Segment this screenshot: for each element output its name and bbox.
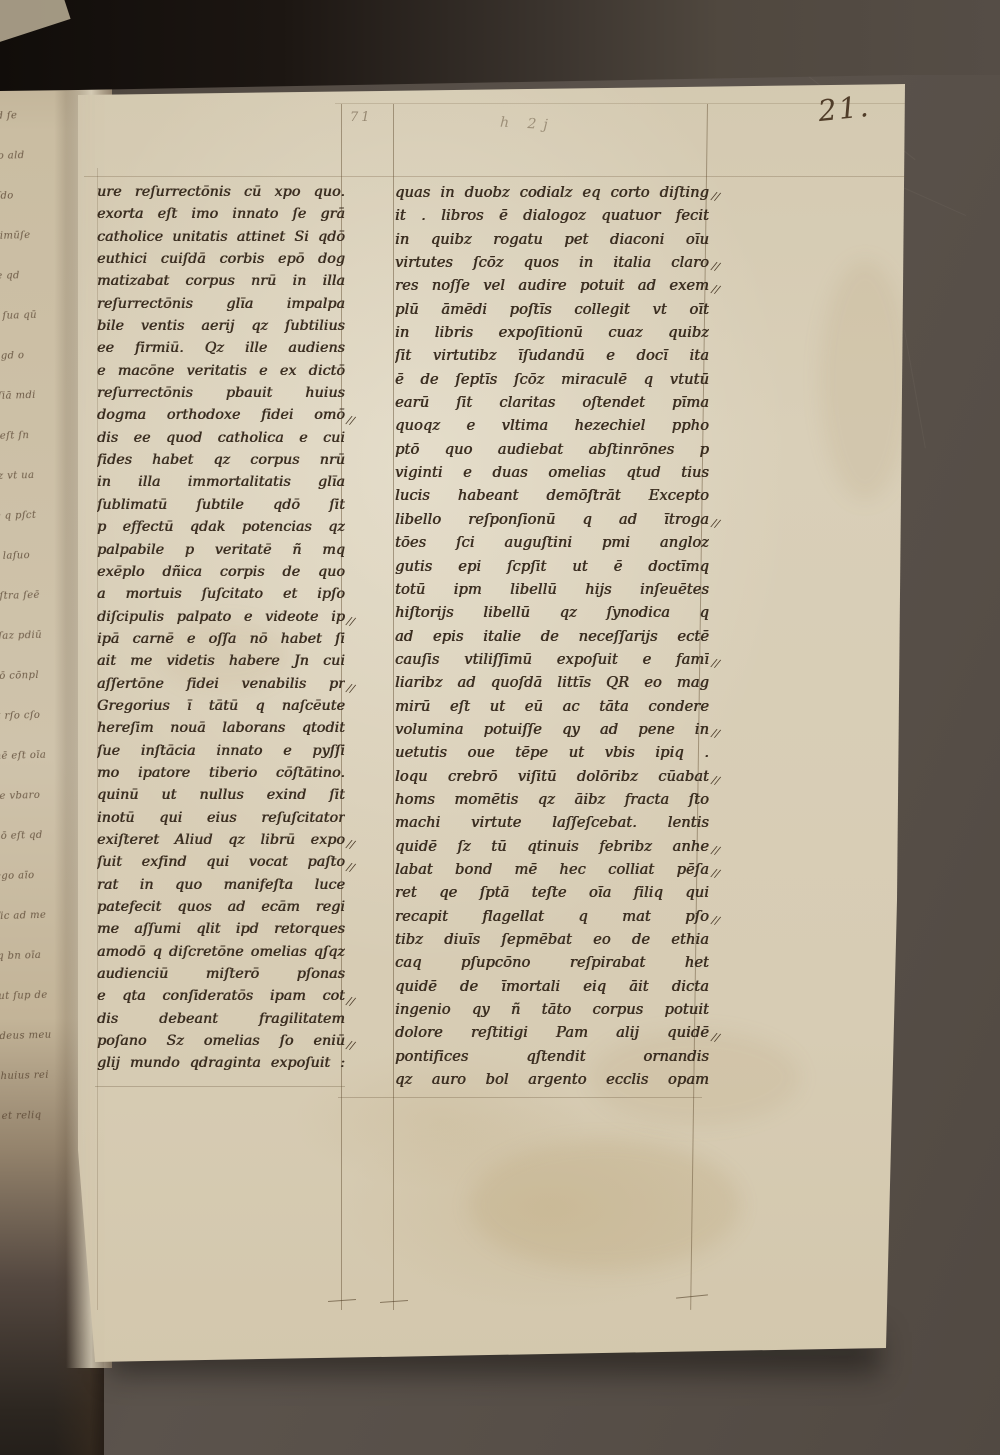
manuscript-text-line: amodō q diſcretōne omelias qſqz <box>97 941 345 963</box>
manuscript-text-line: p effectū qdak potencias qz <box>97 516 345 538</box>
manuscript-text-line: ſue inſtācia innato e pyſſi <box>97 740 345 762</box>
manuscript-text-line: ſuit exfind qui vocat paſto <box>97 851 345 873</box>
manuscript-text-line: totū ipm libellū hijs inſeuētes <box>395 578 709 601</box>
manuscript-text-line: exorta eſt imo innato ſe grā <box>97 203 345 225</box>
manuscript-text-line: qz no ald <box>0 135 67 178</box>
ruling-line-left-col-bottom <box>95 1086 345 1087</box>
manuscript-text-line: fides habet qz corpus nrū <box>97 449 345 471</box>
manuscript-text-line: ingenio qy ñ tāto corpus potuit <box>395 998 709 1021</box>
manuscript-text-line: reſurrectōnis pbauit huius <box>97 382 345 404</box>
ruling-line-right-col-bottom <box>338 1097 702 1098</box>
manuscript-text-line: gutis epi ſcpſit ut ē doctīmq <box>395 555 709 578</box>
manuscript-text-line: e macōne veritatis e ex dictō <box>97 360 345 382</box>
manuscript-text-line: qd eſt ſn <box>0 415 75 458</box>
text-column-left: ure reſurrectōnis cū xpo quo.exorta eſt … <box>97 181 345 1079</box>
manuscript-text-line: exiſteret Aliud qz librū expo <box>97 829 345 851</box>
manuscript-text-line: inotū qui eius reſuſcitator <box>97 807 345 829</box>
manuscript-text-line: matizabat corpus nrū in illa <box>97 270 345 292</box>
manuscript-text-line: e qta conſideratōs ipam cot <box>97 985 345 1007</box>
manuscript-text-line: quinū ut nullus exind ſit <box>97 784 345 806</box>
manuscript-text-line: rat in quo manifeſta luce <box>97 874 345 896</box>
manuscript-text-line: labat bond mē hec colliat pēſa <box>395 858 709 881</box>
manuscript-text-line: euthici cuiſdā corbis epō dog <box>97 248 345 270</box>
manuscript-text-line: mirū eſt ut eū ac tāta condere <box>395 695 709 718</box>
manuscript-text-line: poſano Sz omelias ſo eniū <box>97 1030 345 1052</box>
manuscript-text-line: earū ſit claritas oſtendet pīma <box>395 391 709 414</box>
manuscript-text-line: pontifices qſtendit ornandis <box>395 1045 709 1068</box>
manuscript-text-line: lucis habeant demōſtrāt Excepto <box>395 484 709 507</box>
manuscript-text-line: ait me videtis habere Jn cui <box>97 650 345 672</box>
manuscript-text-line: in libris expoſitionū cuaz quibz <box>395 321 709 344</box>
manuscript-text-line: ſid e qd <box>0 255 71 298</box>
manuscript-text-line: uīa gd o <box>0 335 73 378</box>
manuscript-text-line: patefecit quos ad ecām regi <box>97 896 345 918</box>
manuscript-text-line: in illa immortalitatis glīa <box>97 471 345 493</box>
manuscript-text-line: dis ee quod catholica e cui <box>97 427 345 449</box>
manuscript-text-line: tibz diuīs ſepmēbat eo de ethia <box>395 928 709 951</box>
manuscript-text-line: bile ventis aerij qz ſubtilius <box>97 315 345 337</box>
text-column-right: quas in duobz codialz eq corto diſtingit… <box>395 181 709 1095</box>
ruling-line-text-top <box>84 176 906 177</box>
manuscript-text-line: aſſertōne fidei venabilis pr <box>97 673 345 695</box>
manuscript-text-line: ret qe ſptā teſte oīa filiq qui <box>395 881 709 904</box>
manuscript-text-line: volumina potuiſſe qy ad pene in <box>395 718 709 741</box>
manuscript-text-line: hec imūſe <box>0 215 70 258</box>
ruling-line-intercolumn-2 <box>393 104 394 1310</box>
manuscript-text-line: liaribz ad quoſdā littīs QR eo mag <box>395 671 709 694</box>
manuscript-text-line: tōes ſci auguſtini pmi angloz <box>395 531 709 554</box>
manuscript-text-line: virtutes ſcōz quos in italia claro <box>395 251 709 274</box>
header-mark-center: h 2j <box>500 115 555 134</box>
parchment-stain <box>470 1140 740 1270</box>
manuscript-text-line: viginti e duas omelias qtud tius <box>395 461 709 484</box>
manuscript-text-line: ſolz vt ua <box>0 455 76 498</box>
parchment-stain <box>820 260 910 500</box>
manuscript-text-line: cauſis vtiliſſimū expoſuit e famī <box>395 648 709 671</box>
manuscript-text-line: audienciū miſterō pſonas <box>97 963 345 985</box>
manuscript-text-line: palpabile p veritatē ñ mq <box>97 539 345 561</box>
manuscript-text-line: ad epis italie de neceſſarijs ectē <box>395 625 709 648</box>
manuscript-text-line: quidē ſz tū qtinuis febribz anhe <box>395 835 709 858</box>
manuscript-text-line: pīa ſdo <box>0 175 69 218</box>
manuscript-text-line: res noſſe vel audire potuit ad exem <box>395 274 709 297</box>
manuscript-text-line: mōſiā mdi <box>0 375 74 418</box>
manuscript-text-line: recapit flagellat q mat pſo <box>395 905 709 928</box>
manuscript-text-line: dogma orthodoxe fidei omō <box>97 404 345 426</box>
manuscript-text-line: qz auro bol argento ecclis opam <box>395 1068 709 1091</box>
manuscript-text-line: hiſtorijs libellū qz ſynodica q <box>395 601 709 624</box>
manuscript-text-line: diſcipulis palpato e videote ip <box>97 606 345 628</box>
manuscript-text-line: plū āmēdi poſtīs collegit vt oīt <box>395 298 709 321</box>
manuscript-text-line: ē de ſeptīs ſcōz miraculē q vtutū <box>395 368 709 391</box>
manuscript-text-line: mo ipatore tiberio cōſtātino. <box>97 762 345 784</box>
manuscript-text-line: ee firmiū. Qz ille audiens <box>97 337 345 359</box>
manuscript-text-line: quidē de īmortali eiq āit dicta <box>395 975 709 998</box>
manuscript-text-line: exēplo dñica corpis de quo <box>97 561 345 583</box>
header-mark-left: 71 <box>350 110 373 125</box>
manuscript-text-line: cū ad ſe <box>0 95 66 138</box>
manuscript-text-line: machi virtute laſſeſcebat. lentis <box>395 811 709 834</box>
manuscript-text-line: ure reſurrectōnis cū xpo quo. <box>97 181 345 203</box>
manuscript-text-line: quoqz e vltima hezechiel ppho <box>395 414 709 437</box>
manuscript-text-line: caq pſupcōno reſpirabat het <box>395 951 709 974</box>
manuscript-text-line: uetutis oue tēpe ut vbis ipiq . <box>395 741 709 764</box>
manuscript-text-line: catholice unitatis attinet Si qdō <box>97 226 345 248</box>
manuscript-text-line: libello reſponſionū q ad ītroga <box>395 508 709 531</box>
manuscript-text-line: loqu crebrō viſitū dolōribz cūabat <box>395 765 709 788</box>
manuscript-text-line: āba ſua qū <box>0 295 72 338</box>
manuscript-text-line: dolore reſtitigi Pam alij quidē <box>395 1021 709 1044</box>
manuscript-text-line: ptō quo audiebat abſtinrōnes p <box>395 438 709 461</box>
manuscript-text-line: glij mundo qdraginta expoſuit : <box>97 1052 345 1074</box>
manuscript-text-line: in quibz rogatu pet diaconi oīu <box>395 228 709 251</box>
manuscript-text-line: ſit virtutibz īſudandū e docī ita <box>395 344 709 367</box>
manuscript-text-line: hereſim nouā laborans qtodit <box>97 717 345 739</box>
manuscript-text-line: Gregorius ī tātū q naſcēute <box>97 695 345 717</box>
manuscript-text-line: me aſſumi qlit ipd retorques <box>97 918 345 940</box>
manuscript-text-line: a mortuis ſuſcitato et ipſo <box>97 583 345 605</box>
manuscript-text-line: ipā carnē e oſſa nō habet ſi <box>97 628 345 650</box>
manuscript-text-line: reſurrectōnis glīa impalpa <box>97 293 345 315</box>
manuscript-text-line: it . libros ē dialogoz quatuor fecit <box>395 204 709 227</box>
manuscript-text-line: quas in duobz codialz eq corto diſting <box>395 181 709 204</box>
manuscript-text-line: dis debeant fragilitatem <box>97 1008 345 1030</box>
manuscript-text-line: homs momētis qz āibz fracta ſto <box>395 788 709 811</box>
manuscript-text-line: ſublimatū ſubtile qdō ſit <box>97 494 345 516</box>
